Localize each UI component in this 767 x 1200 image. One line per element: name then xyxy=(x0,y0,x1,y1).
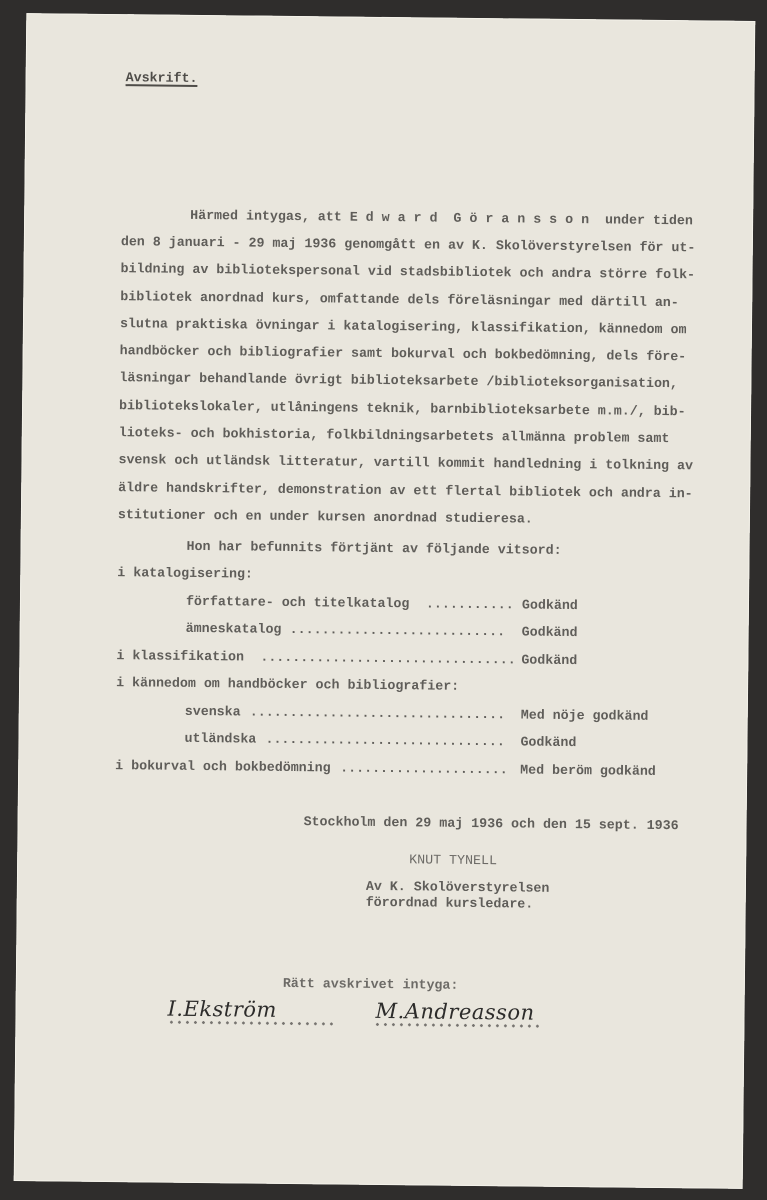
grade-leader-dots: ..................... xyxy=(340,761,508,779)
grade-row: i bokurval och bokbedömning ............… xyxy=(18,757,747,781)
document-title: Avskrift. xyxy=(126,70,198,87)
signature-block: I.Ekström M.Andreasson xyxy=(26,13,755,21)
grade-label: utländska xyxy=(184,731,256,748)
body-line: slutna praktiska övningar i katalogiseri… xyxy=(120,316,687,338)
grade-leader-dots: ................................ xyxy=(260,650,516,669)
signature-line-dots xyxy=(373,1023,543,1028)
signatory-title-line-1: Av K. Skolöverstyrelsen xyxy=(366,879,550,897)
grade-value: Godkänd xyxy=(522,624,578,641)
grade-label: svenska xyxy=(185,704,241,721)
signature-ekstrom: I.Ekström xyxy=(167,997,277,1022)
body-line: äldre handskrifter, demonstration av ett… xyxy=(118,480,693,502)
signatory-title-line-2: förordnad kursledare. xyxy=(366,895,534,913)
grade-leader-dots: ........... xyxy=(426,596,514,613)
document-page: Avskrift. Härmed intygas, att E d w a r … xyxy=(14,13,756,1189)
signature-line-dots xyxy=(167,1021,337,1026)
grade-row: författare- och titelkatalog ...........… xyxy=(20,592,749,616)
grade-value: Godkänd xyxy=(520,734,576,751)
body-line: handböcker och bibliografier samt bokurv… xyxy=(120,343,687,365)
grade-label: i kännedom om handböcker och bibliografi… xyxy=(116,675,459,695)
body-line: Härmed intygas, att E d w a r d G ö r a … xyxy=(190,208,693,229)
body-line: bildning av bibliotekspersonal vid stads… xyxy=(120,261,695,283)
body-line: bibliotekslokaler, utlåningens teknik, b… xyxy=(119,398,686,420)
grade-row: i kännedom om handböcker och bibliografi… xyxy=(19,674,748,698)
certification-statement: Rätt avskrivet intyga: xyxy=(283,976,459,994)
grades-intro: Hon har befunnits förtjänt av följande v… xyxy=(186,539,561,559)
grade-value: Godkänd xyxy=(522,597,578,614)
grade-value: Med nöje godkänd xyxy=(521,707,649,724)
grades-list: i katalogisering: författare- och titelk… xyxy=(26,13,755,21)
body-line: stitutioner och en under kursen anordnad… xyxy=(118,507,533,527)
place-and-date: Stockholm den 29 maj 1936 och den 15 sep… xyxy=(304,814,679,834)
body-line: den 8 januari - 29 maj 1936 genomgått en… xyxy=(121,234,696,256)
body-line: bibliotek anordnad kurs, omfattande dels… xyxy=(120,289,679,311)
signatory-name: KNUT TYNELL xyxy=(409,852,497,869)
grade-leader-dots: .............................. xyxy=(265,732,505,751)
grade-value: Med beröm godkänd xyxy=(520,762,656,779)
grade-row: i katalogisering: xyxy=(20,564,749,588)
grade-label: ämneskatalog xyxy=(186,621,282,638)
body-line: läsningar behandlande övrigt biblioteksa… xyxy=(119,370,678,392)
grade-leader-dots: ................................ xyxy=(250,705,506,724)
grade-value: Godkänd xyxy=(521,652,577,669)
body-line: lioteks- och bokhistoria, folkbildningsa… xyxy=(119,425,670,447)
signature-andreasson: M.Andreasson xyxy=(375,999,534,1025)
grade-row: svenska ................................… xyxy=(19,702,748,726)
certificate-body: Härmed intygas, att E d w a r d G ö r a … xyxy=(26,13,755,21)
grade-row: ämneskatalog ...........................… xyxy=(20,619,749,643)
grade-label: i bokurval och bokbedömning xyxy=(115,758,331,776)
grade-label: författare- och titelkatalog xyxy=(186,594,410,612)
grade-label: i katalogisering: xyxy=(117,565,253,582)
grade-label: i klassifikation xyxy=(116,648,244,665)
grade-row: i klassifikation .......................… xyxy=(19,647,748,671)
grade-row: utländska ..............................… xyxy=(18,729,747,753)
body-line: svensk och utländsk litteratur, vartill … xyxy=(118,452,693,474)
grade-leader-dots: ........................... xyxy=(290,622,506,640)
